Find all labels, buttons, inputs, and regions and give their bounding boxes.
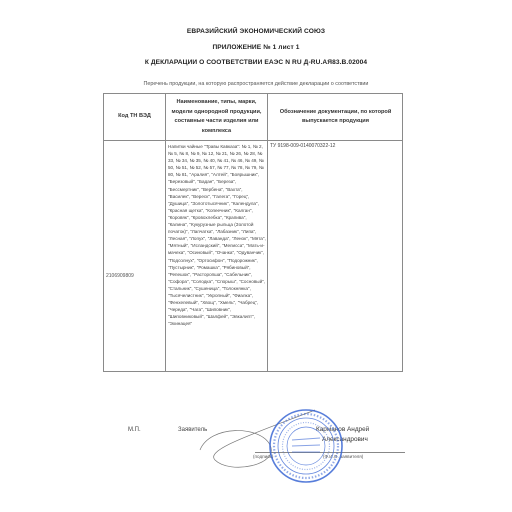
appendix-title: ПРИЛОЖЕНИЕ № 1 лист 1 (0, 44, 512, 51)
tn-ved-code: 2106909809 (106, 273, 134, 279)
union-title: ЕВРАЗИЙСКИЙ ЭКОНОМИЧЕСКИЙ СОЮЗ (0, 28, 512, 35)
seal-label: М.П. (128, 427, 141, 433)
product-names: Напитки чайные "Травы Кавказа": № 1, № 2… (168, 143, 266, 327)
column-header-documentation: Обозначение документации, по которой вып… (268, 94, 403, 140)
column-header-name: Наименование, типы, марки, модели одноро… (166, 94, 267, 140)
documentation-reference: ТУ 9198-009-0140070322-12 (270, 143, 335, 149)
declaration-number: К ДЕКЛАРАЦИИ О СООТВЕТСТВИИ ЕАЭС N RU Д-… (0, 59, 512, 66)
header-divider (104, 140, 402, 141)
product-table: Код ТН ВЭД Наименование, типы, марки, мо… (103, 93, 403, 372)
product-list-intro: Перечень продукции, на которую распростр… (0, 81, 512, 87)
round-stamp-icon (268, 408, 344, 484)
column-header-code: Код ТН ВЭД (104, 94, 165, 140)
